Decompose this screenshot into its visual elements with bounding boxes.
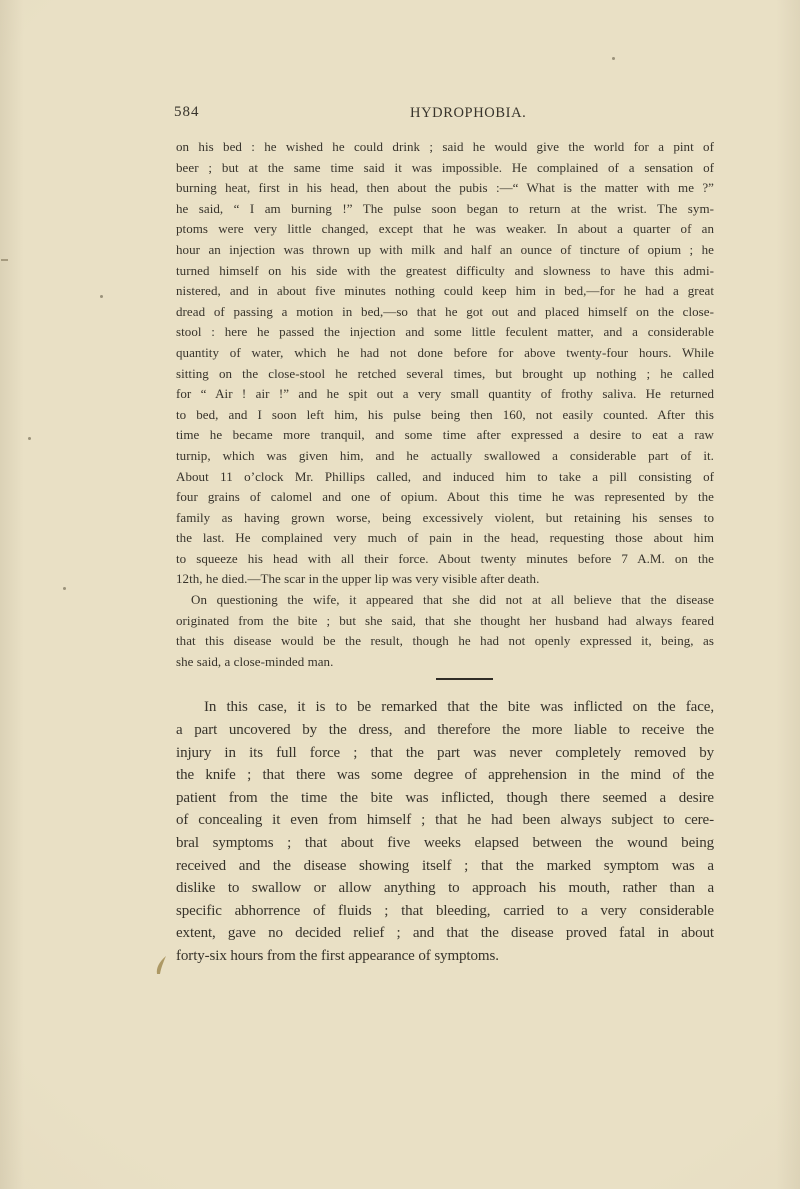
page-number: 584 xyxy=(174,104,200,121)
text-line: beer ; but at the same time said it was … xyxy=(176,158,714,179)
ink-speck xyxy=(28,437,31,440)
text-line: family as having grown worse, being exce… xyxy=(176,508,714,529)
text-line: turned himself on his side with the grea… xyxy=(176,261,714,282)
text-line: burning heat, first in his head, then ab… xyxy=(176,178,714,199)
text-line: In this case, it is to be remarked that … xyxy=(176,696,714,719)
text-line: the knife ; that there was some degree o… xyxy=(176,764,714,787)
pen-tick-mark xyxy=(153,952,173,978)
text-line: specific abhorrence of fluids ; that ble… xyxy=(176,900,714,923)
text-line: dislike to swallow or allow anything to … xyxy=(176,877,714,900)
text-line: On questioning the wife, it appeared tha… xyxy=(176,590,714,611)
ink-speck xyxy=(1,259,8,261)
text-line: bral symptoms ; that about five weeks el… xyxy=(176,832,714,855)
text-line: nistered, and in about five minutes noth… xyxy=(176,281,714,302)
text-line: dread of passing a motion in bed,—so tha… xyxy=(176,302,714,323)
text-line: received and the disease showing itself … xyxy=(176,855,714,878)
case-remarks-paragraph: In this case, it is to be remarked that … xyxy=(176,696,714,967)
text-line: for “ Air ! air !” and he spit out a ver… xyxy=(176,384,714,405)
text-line: extent, gave no decided relief ; and tha… xyxy=(176,922,714,945)
text-line: turnip, which was given him, and he actu… xyxy=(176,446,714,467)
book-page: 584 HYDROPHOBIA. on his bed : he wished … xyxy=(0,0,800,1189)
text-line: she said, a close-minded man. xyxy=(176,652,714,673)
ink-speck xyxy=(612,57,615,60)
text-line: four grains of calomel and one of opium.… xyxy=(176,487,714,508)
text-line: the last. He complained very much of pai… xyxy=(176,528,714,549)
text-line: forty-six hours from the first appearanc… xyxy=(176,945,714,968)
text-line: About 11 o’clock Mr. Phillips called, an… xyxy=(176,467,714,488)
ink-speck xyxy=(100,295,103,298)
text-line: quantity of water, which he had not done… xyxy=(176,343,714,364)
running-title: HYDROPHOBIA. xyxy=(410,105,526,122)
text-line: originated from the bite ; but she said,… xyxy=(176,611,714,632)
ink-speck xyxy=(63,587,66,590)
text-line: injury in its full force ; that the part… xyxy=(176,742,714,765)
text-line: on his bed : he wished he could drink ; … xyxy=(176,137,714,158)
text-line: sitting on the close-stool he retched se… xyxy=(176,364,714,385)
text-line: to bed, and I soon left him, his pulse b… xyxy=(176,405,714,426)
text-line: stool : here he passed the injection and… xyxy=(176,322,714,343)
text-line: 12th, he died.—The scar in the upper lip… xyxy=(176,569,714,590)
section-divider xyxy=(436,678,493,680)
text-line: time he became more tranquil, and some t… xyxy=(176,425,714,446)
text-line: that this disease would be the result, t… xyxy=(176,631,714,652)
text-block: on his bed : he wished he could drink ; … xyxy=(176,137,714,968)
text-line: hour an injection was thrown up with mil… xyxy=(176,240,714,261)
text-line: of concealing it even from himself ; tha… xyxy=(176,809,714,832)
text-line: a part uncovered by the dress, and there… xyxy=(176,719,714,742)
wife-questioning-paragraph: On questioning the wife, it appeared tha… xyxy=(176,590,714,672)
text-line: patient from the time the bite was infli… xyxy=(176,787,714,810)
text-line: to squeeze his head with all their force… xyxy=(176,549,714,570)
paragraphs-large: In this case, it is to be remarked that … xyxy=(176,696,714,967)
case-narrative-paragraph: on his bed : he wished he could drink ; … xyxy=(176,137,714,590)
paragraphs-small: on his bed : he wished he could drink ; … xyxy=(176,137,714,672)
text-line: ptoms were very little changed, except t… xyxy=(176,219,714,240)
text-line: he said, “ I am burning !” The pulse soo… xyxy=(176,199,714,220)
